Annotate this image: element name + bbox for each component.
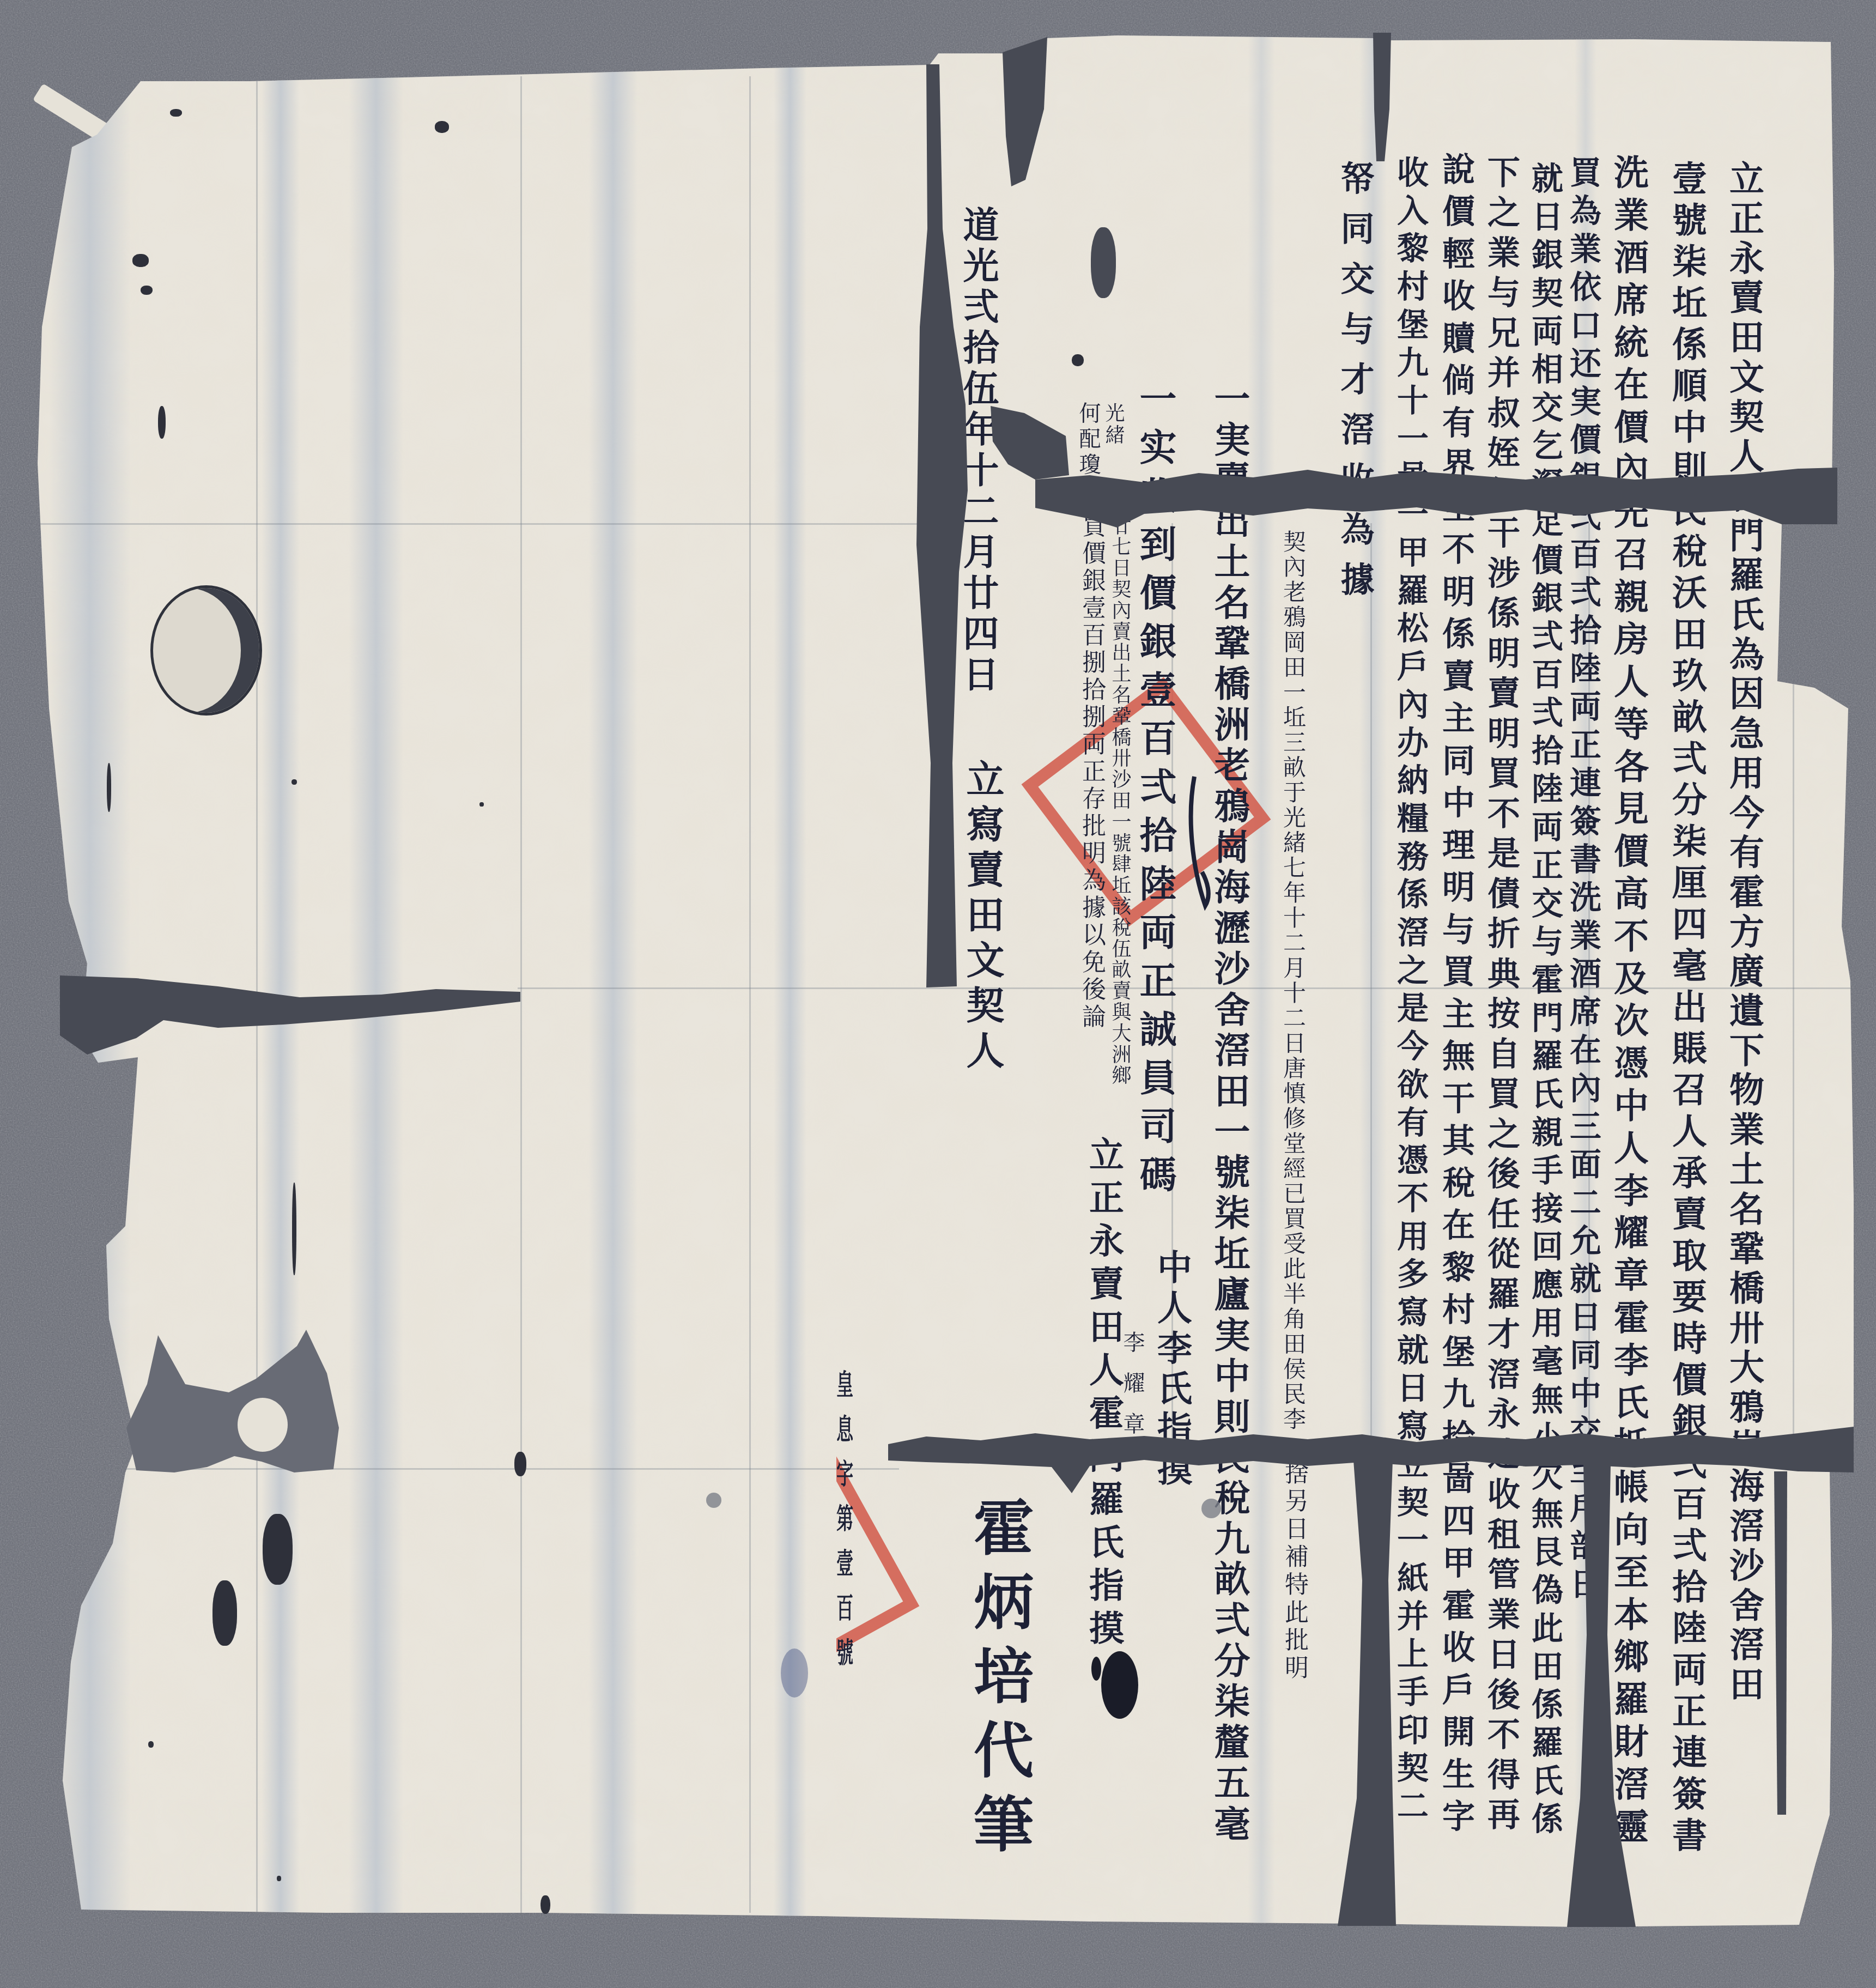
hole-spot <box>292 1183 296 1275</box>
hole-spot <box>263 1514 293 1585</box>
hole-spot <box>292 779 297 785</box>
seam-half-text: 皇息字第壹百號 <box>835 1369 852 1682</box>
fold-shadow <box>588 0 638 1988</box>
hole-spot <box>107 763 111 812</box>
hole-spot <box>541 1895 550 1914</box>
deed-column-3: 洗業酒席統在價內先召親房人等各見價高不及次憑中人李耀章霍李氏抵帳向至本鄉羅財滘靈 <box>1611 154 1646 1850</box>
small-note-top-right: 光緒 <box>1103 403 1123 446</box>
small-note-right: 廿七日契內賣出土名鞏橋卅沙田一號肆坵該稅伍畝賣與大洲鄉 <box>1110 516 1130 1087</box>
deed-column-6: 下之業与兄并叔姪無干涉係明賣明買不是債折典按自買之後任從羅才滘永遠收租管業日後不… <box>1485 155 1517 1838</box>
crease-line <box>125 1468 899 1470</box>
photo-scene: 立正永賣田文契人霍門羅氏為因急用今有霍方廣遺下物業土名鞏橋卅大鴉崗海滘沙舍滘田 … <box>0 0 1876 1988</box>
small-note-top-left: 何配瓊 <box>1077 402 1099 478</box>
deed-column-7: 說價輕收贖倘有界至不明係賣主同中理明与買主無干其稅在黎村堡九拾啚四甲霍收戶開生字 <box>1440 152 1472 1841</box>
deed-column-2: 壹號柒坵係順中則民稅沃田玖畝弍分柒厘四毫出賬召人承賣取要時價銀弍百弍拾陸両正連簽… <box>1669 160 1704 1858</box>
deed-column-1: 立正永賣田文契人霍門羅氏為因急用今有霍方廣遺下物業土名鞏橋卅大鴉崗海滘沙舍滘田 <box>1726 160 1761 1705</box>
scribe-column: 霍炳培代筆 <box>969 1496 1029 1867</box>
hole-spot <box>148 1741 154 1748</box>
hole-spot <box>479 802 484 807</box>
sale-item-column: 一実賣出土名鞏橋洲老鴉崗海瀝沙舍滘田一號柒坵廬実中則民稅九畝弍分柒釐五毫 <box>1211 380 1247 1845</box>
gray-dot <box>1201 1499 1221 1518</box>
hole-spot <box>435 121 449 133</box>
middleman-name-small: 李耀章 <box>1121 1331 1143 1453</box>
hole-spot <box>1072 354 1084 366</box>
crease-line <box>1370 523 1372 1450</box>
hole-spot <box>158 406 166 439</box>
fold-shadow <box>1248 0 1275 1988</box>
blue-ink-smudge <box>781 1648 808 1698</box>
crease-line <box>749 76 751 1913</box>
annotation-column-end: 捨另日補特此批明 <box>1282 1460 1306 1683</box>
gray-dot <box>706 1493 721 1508</box>
hole-spot <box>277 1876 281 1881</box>
round-hole <box>150 585 262 716</box>
deed-column-8: 收入黎村堡九十一啚一甲羅松戶內办納糧務係滘之是今欲有憑不用多寫就日寫立契一紙并上… <box>1394 156 1426 1827</box>
crease-line <box>520 76 522 1913</box>
deed-column-5: 就日銀契両相交乞滘足價銀弍百弍拾陸両正交与霍門羅氏親手接回應用毫無小欠無艮偽此田… <box>1529 162 1561 1840</box>
hole-spot <box>141 286 153 295</box>
paper-fragment-circle <box>238 1398 288 1452</box>
deed-column-9: 帑同交与才滘收為據 <box>1338 161 1371 612</box>
hole-spot <box>514 1452 526 1476</box>
crease-line <box>38 523 932 525</box>
small-note-left: 買價銀壹百捌拾捌両正存批明為據以免後論 <box>1079 513 1103 1031</box>
writer-column: 立寫賣田文契人 <box>963 759 1001 1076</box>
worm-hole <box>1091 227 1116 298</box>
hole-spot <box>213 1580 237 1646</box>
deed-column-4: 買為業依口还実價銀弍百弍拾陸両正連簽書洗業酒席在內三面二允就日同中交至戶部日 <box>1567 156 1599 1605</box>
seller-signature-column: 立正永賣田人霍門羅氏指摸 <box>1086 1136 1121 1653</box>
annotation-column: 契內老鴉岡田一坵三畝于光緒七年十二月十二日唐慎修堂經已買受此半角田侯民李 <box>1282 530 1304 1432</box>
hole-spot <box>170 109 182 117</box>
hole-spot <box>132 254 149 267</box>
crease-line <box>518 987 1853 989</box>
